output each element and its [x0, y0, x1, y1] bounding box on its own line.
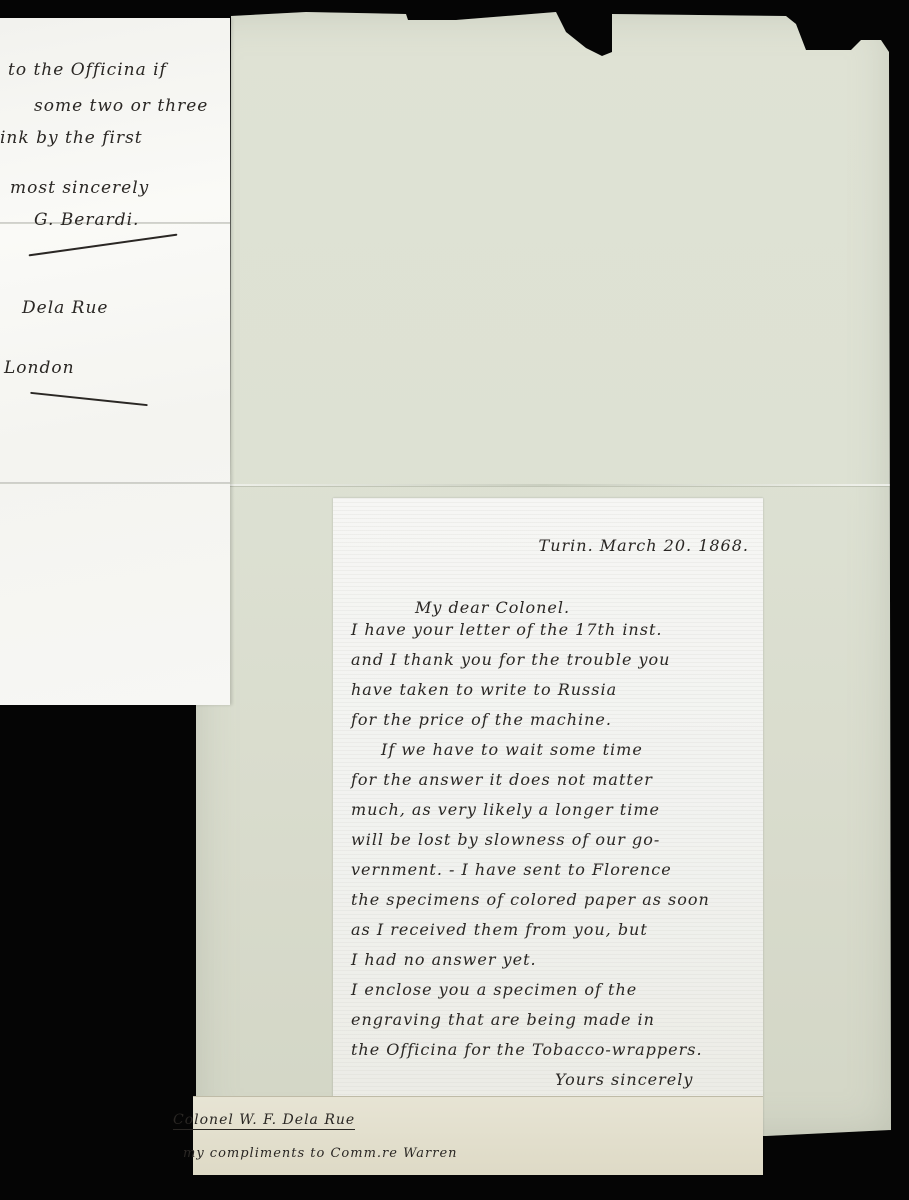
letter-body-line: for the price of the machine. [351, 710, 612, 729]
letter-body-line: I have your letter of the 17th inst. [351, 620, 662, 639]
letter-body-line: the specimens of colored paper as soon [351, 890, 710, 909]
letter-body-line: I had no answer yet. [351, 950, 537, 969]
letter-postscript: my compliments to Comm.re Warren [183, 1146, 458, 1161]
letter-body-line: will be lost by slowness of our go- [351, 830, 660, 849]
left-page-closing: most sincerely [10, 178, 149, 198]
address-flourish [30, 392, 148, 406]
addressee-text: Colonel W. F. Dela Rue [173, 1112, 355, 1130]
folded-bottom-strip [193, 1096, 763, 1175]
letter-closing: Yours sincerely [555, 1070, 693, 1089]
horizontal-fold-line [196, 484, 891, 486]
letter-sheet: Turin. March 20. 1868. My dear Colonel. … [333, 498, 763, 1175]
letter-body-line: and I thank you for the trouble you [351, 650, 670, 669]
left-page-line: to the Officina if [8, 60, 167, 80]
left-page-address-city: London [4, 358, 75, 378]
left-page-address-name: Dela Rue [22, 298, 108, 318]
letter-body-line: I enclose you a specimen of the [351, 980, 637, 999]
letter-body-line: vernment. - I have sent to Florence [351, 860, 672, 879]
letter-body-line: have taken to write to Russia [351, 680, 617, 699]
letter-body-line: If we have to wait some time [381, 740, 643, 759]
letter-body-line: the Officina for the Tobacco-wrappers. [351, 1040, 703, 1059]
letter-dateline: Turin. March 20. 1868. [539, 536, 749, 555]
left-page-line: ink by the first [0, 128, 143, 148]
letter-body-line: much, as very likely a longer time [351, 800, 660, 819]
letter-addressee: Colonel W. F. Dela Rue [173, 1112, 355, 1128]
previous-page-sheet: to the Officina if some two or three ink… [0, 18, 230, 705]
letter-salutation: My dear Colonel. [415, 598, 570, 617]
signature-flourish [29, 234, 178, 257]
letter-body-line: for the answer it does not matter [351, 770, 653, 789]
letter-body-line: engraving that are being made in [351, 1010, 655, 1029]
left-page-line: some two or three [34, 96, 208, 116]
fold-line [0, 482, 230, 483]
letter-body-line: as I received them from you, but [351, 920, 648, 939]
left-page-signature: G. Berardi. [34, 210, 139, 230]
